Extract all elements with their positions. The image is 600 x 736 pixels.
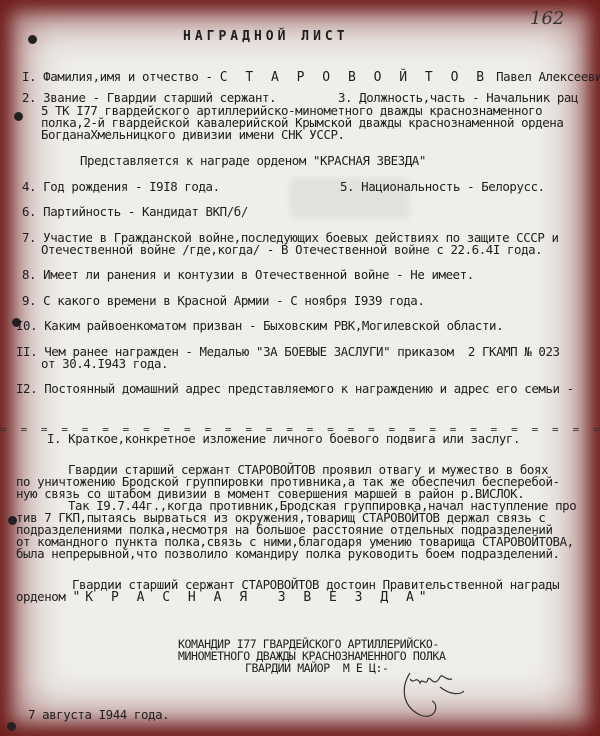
field-8: 8. Имеет ли ранения и контузии в Отечест…	[22, 268, 474, 281]
punch-hole-icon	[7, 722, 16, 731]
field-10: I0. Каким райвоенкоматом призван - Быхов…	[16, 319, 503, 332]
document-date: 7 августа I944 года.	[28, 708, 169, 721]
field-12: I2. Постоянный домашний адрес представля…	[16, 382, 574, 395]
field-7-cont: Отечественной войне /где,когда/ - В Отеч…	[41, 243, 542, 256]
field-9: 9. С какого времени в Красной Армии - С …	[22, 294, 424, 307]
field-label: I. Фамилия,имя и отчество -	[22, 69, 220, 84]
signature-icon	[380, 665, 490, 725]
conclusion-award: "К Р А С Н А Я З В Е З Д А"	[72, 590, 431, 605]
field-3-cont-3: БогданаХмельницкого дивизии имени СНК УС…	[41, 128, 345, 141]
field-6: 6. Партийность - Кандидат ВКП/б/	[22, 205, 248, 218]
punch-hole-icon	[28, 35, 37, 44]
field-11-cont: от 30.4.I943 года.	[41, 357, 168, 370]
field-5: 5. Национальность - Белорусс.	[340, 180, 545, 193]
field-1: I. Фамилия,имя и отчество - С Т А Р О В …	[22, 70, 600, 84]
given-names: Павел Алексеевич.	[489, 69, 600, 84]
signatory-name: ГВАРДИИ МАЙОР М Е Ц:-	[245, 662, 389, 675]
award-nomination: Представляется к награде орденом "КРАСНА…	[80, 154, 426, 167]
section-heading: I. Краткое,конкретное изложение личного …	[47, 432, 520, 445]
narrative-line: была непрерывной,что позволило командиру…	[16, 547, 560, 560]
surname: С Т А Р О В О Й Т О В	[220, 70, 489, 85]
document-title: НАГРАДНОЙ ЛИСТ	[183, 30, 349, 43]
page-number: 162	[530, 8, 564, 29]
conclusion-prefix: орденом	[16, 589, 72, 604]
conclusion-line: орденом "К Р А С Н А Я З В Е З Д А"	[16, 590, 432, 604]
field-4: 4. Год рождения - I9I8 года.	[22, 180, 220, 193]
document-frame: 162 НАГРАДНОЙ ЛИСТ I. Фамилия,имя и отче…	[0, 0, 600, 736]
punch-hole-icon	[14, 112, 23, 121]
award-sheet: 162 НАГРАДНОЙ ЛИСТ I. Фамилия,имя и отче…	[0, 0, 600, 736]
